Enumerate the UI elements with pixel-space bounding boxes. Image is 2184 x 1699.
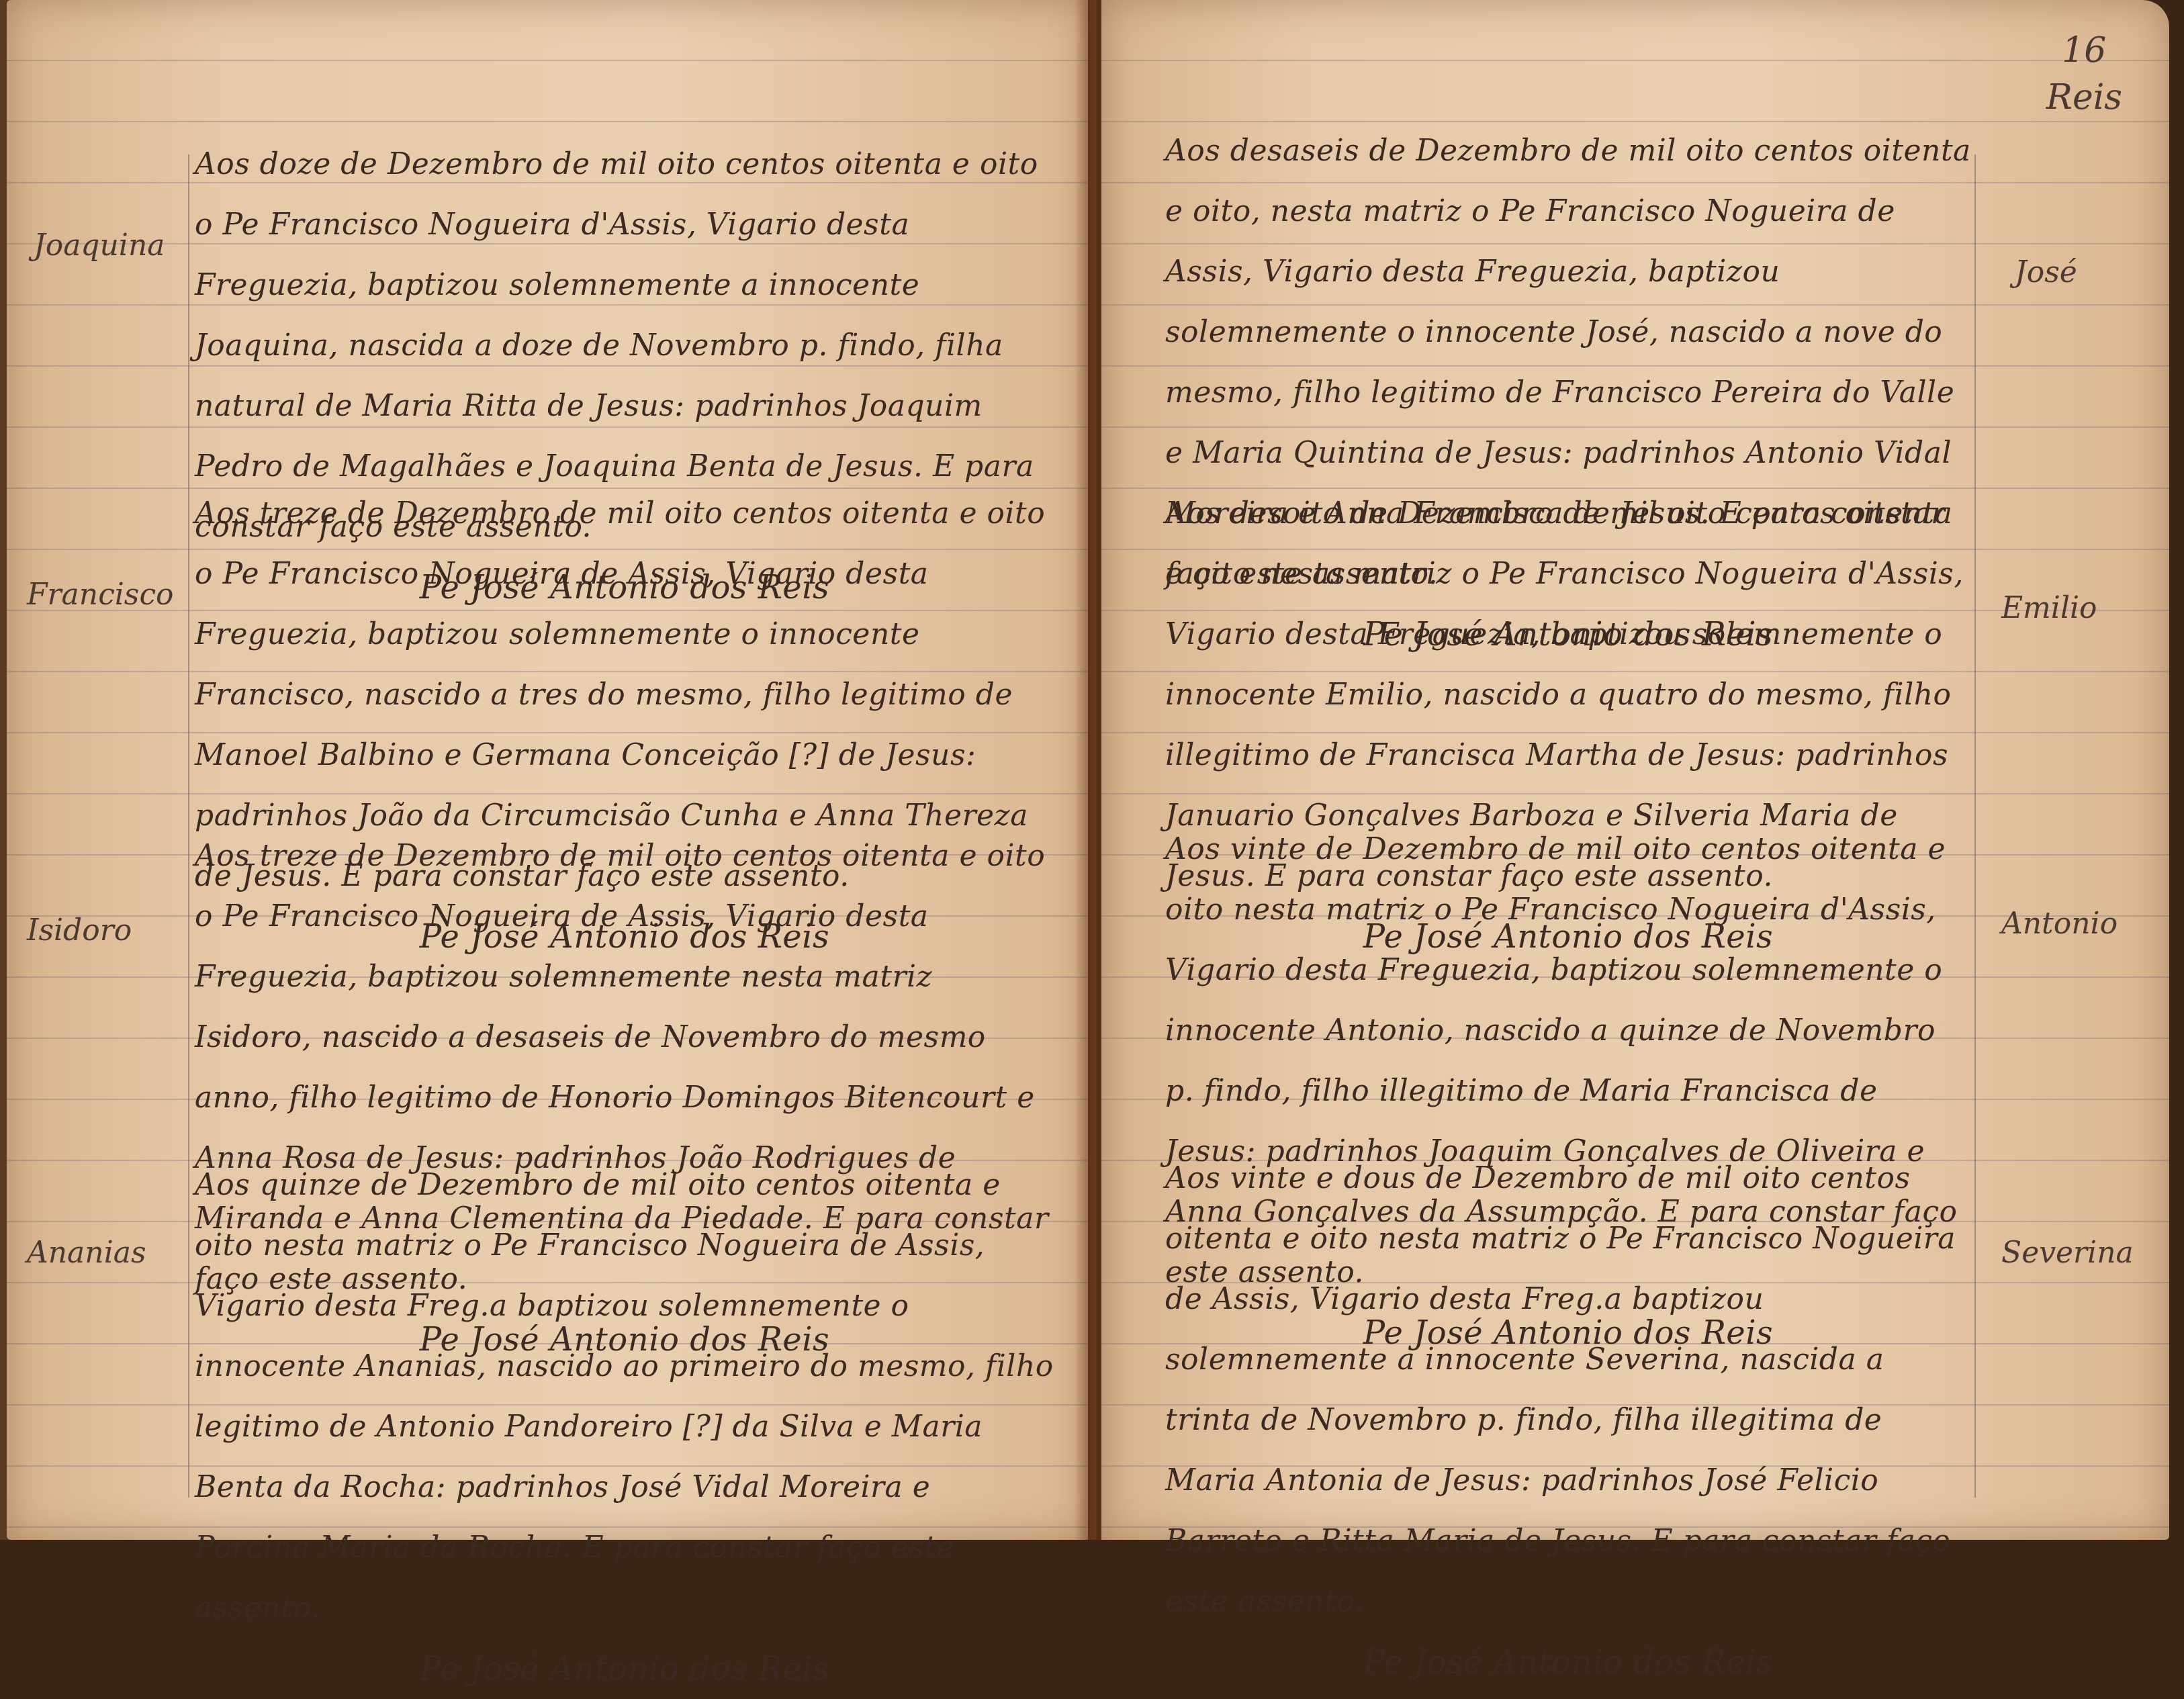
folio-note: Reis [2046, 74, 2122, 121]
entry-text: Aos quinze de Dezembro de mil oito cento… [195, 1168, 1063, 1540]
right-page: 16 Reis José Aos desaseis de Dezembro de… [1101, 0, 2169, 1540]
entry-text: Aos vinte e dous de Dezembro de mil oito… [1165, 1161, 1966, 1540]
right-margin-rule [1974, 154, 1976, 1498]
margin-name-severina: Severina [2001, 1236, 2134, 1270]
baptism-entry-severina: Aos vinte e dous de Dezembro de mil oito… [1165, 1148, 1971, 1540]
left-margin-rule [188, 154, 189, 1498]
margin-name-emilio: Emilio [2001, 591, 2097, 625]
margin-name-ananias: Ananias [27, 1236, 146, 1270]
margin-name-isidoro: Isidoro [27, 913, 132, 948]
margin-name-antonio: Antonio [2001, 907, 2118, 941]
left-page: Joaquina Aos doze de Dezembro de mil oit… [7, 0, 1088, 1540]
margin-name-joaquina: Joaquina [34, 228, 165, 263]
folio-number-value: 16 [2046, 27, 2122, 74]
baptism-entry-ananias: Aos quinze de Dezembro de mil oito cento… [195, 1155, 1054, 1540]
folio-number: 16 Reis [2046, 27, 2122, 121]
open-register-book: Joaquina Aos doze de Dezembro de mil oit… [0, 0, 2184, 1540]
margin-name-francisco: Francisco [27, 578, 174, 612]
margin-name-jose: José [2015, 255, 2077, 289]
